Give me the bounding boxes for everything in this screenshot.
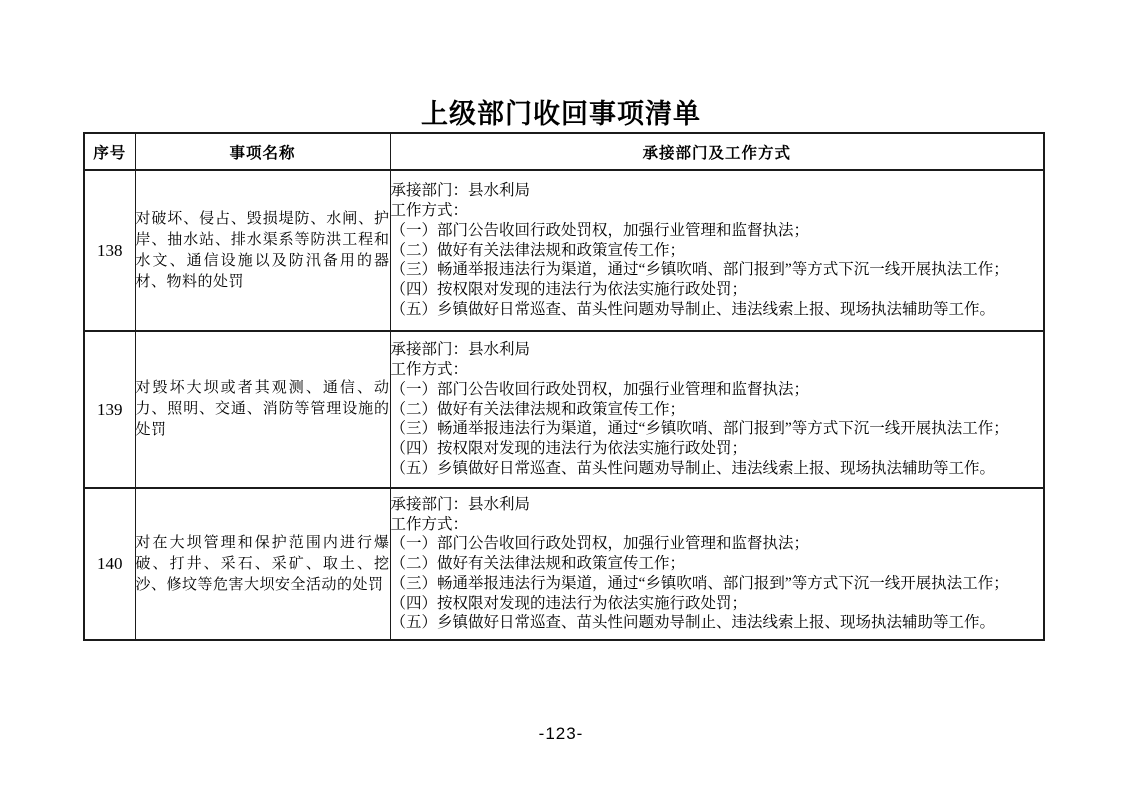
- department-line: 承接部门：县水利局: [391, 495, 1044, 515]
- method-line-2: （二）做好有关法律法规和政策宣传工作；: [391, 554, 1044, 574]
- method-line-3: （三）畅通举报违法行为渠道，通过“乡镇吹哨、部门报到”等方式下沉一线开展执法工作…: [391, 419, 1044, 439]
- method-line-5: （五）乡镇做好日常巡查、苗头性问题劝导制止、违法线索上报、现场执法辅助等工作。: [391, 459, 1044, 479]
- method-line-4: （四）按权限对发现的违法行为依法实施行政处罚；: [391, 439, 1044, 459]
- row-department-method: 承接部门：县水利局 工作方式： （一）部门公告收回行政处罚权，加强行业管理和监督…: [390, 331, 1044, 488]
- document-page: 上级部门收回事项清单 序号 事项名称 承接部门及工作方式 138 对破坏、侵占、…: [0, 0, 1122, 793]
- items-table: 序号 事项名称 承接部门及工作方式 138 对破坏、侵占、毁损堤防、水闸、护岸、…: [83, 132, 1045, 641]
- page-title: 上级部门收回事项清单: [0, 92, 1122, 131]
- method-line-2: （二）做好有关法律法规和政策宣传工作；: [391, 241, 1044, 261]
- row-item-name: 对在大坝管理和保护范围内进行爆破、打井、采石、采矿、取土、挖沙、修坟等危害大坝安…: [135, 488, 390, 640]
- table-row: 140 对在大坝管理和保护范围内进行爆破、打井、采石、采矿、取土、挖沙、修坟等危…: [84, 488, 1044, 640]
- method-label-line: 工作方式：: [391, 360, 1044, 380]
- method-line-3: （三）畅通举报违法行为渠道，通过“乡镇吹哨、部门报到”等方式下沉一线开展执法工作…: [391, 260, 1044, 280]
- row-department-method: 承接部门：县水利局 工作方式： （一）部门公告收回行政处罚权，加强行业管理和监督…: [390, 488, 1044, 640]
- row-seq-number: 138: [84, 170, 135, 331]
- row-item-name: 对毁坏大坝或者其观测、通信、动力、照明、交通、消防等管理设施的处罚: [135, 331, 390, 488]
- method-label-line: 工作方式：: [391, 515, 1044, 535]
- department-line: 承接部门：县水利局: [391, 181, 1044, 201]
- method-line-3: （三）畅通举报违法行为渠道，通过“乡镇吹哨、部门报到”等方式下沉一线开展执法工作…: [391, 574, 1044, 594]
- method-line-1: （一）部门公告收回行政处罚权，加强行业管理和监督执法；: [391, 221, 1044, 241]
- method-line-5: （五）乡镇做好日常巡查、苗头性问题劝导制止、违法线索上报、现场执法辅助等工作。: [391, 300, 1044, 320]
- method-line-4: （四）按权限对发现的违法行为依法实施行政处罚；: [391, 594, 1044, 614]
- method-label-line: 工作方式：: [391, 201, 1044, 221]
- method-line-5: （五）乡镇做好日常巡查、苗头性问题劝导制止、违法线索上报、现场执法辅助等工作。: [391, 613, 1044, 633]
- department-line: 承接部门：县水利局: [391, 340, 1044, 360]
- row-item-name: 对破坏、侵占、毁损堤防、水闸、护岸、抽水站、排水渠系等防洪工程和水文、通信设施以…: [135, 170, 390, 331]
- table-row: 138 对破坏、侵占、毁损堤防、水闸、护岸、抽水站、排水渠系等防洪工程和水文、通…: [84, 170, 1044, 331]
- header-seq: 序号: [84, 133, 135, 170]
- row-seq-number: 139: [84, 331, 135, 488]
- page-number: -123-: [0, 724, 1122, 744]
- method-line-2: （二）做好有关法律法规和政策宣传工作；: [391, 400, 1044, 420]
- method-line-1: （一）部门公告收回行政处罚权，加强行业管理和监督执法；: [391, 380, 1044, 400]
- table-row: 139 对毁坏大坝或者其观测、通信、动力、照明、交通、消防等管理设施的处罚 承接…: [84, 331, 1044, 488]
- header-item-name: 事项名称: [135, 133, 390, 170]
- row-seq-number: 140: [84, 488, 135, 640]
- method-line-1: （一）部门公告收回行政处罚权，加强行业管理和监督执法；: [391, 534, 1044, 554]
- method-line-4: （四）按权限对发现的违法行为依法实施行政处罚；: [391, 280, 1044, 300]
- table-header-row: 序号 事项名称 承接部门及工作方式: [84, 133, 1044, 170]
- row-department-method: 承接部门：县水利局 工作方式： （一）部门公告收回行政处罚权，加强行业管理和监督…: [390, 170, 1044, 331]
- header-department-method: 承接部门及工作方式: [390, 133, 1044, 170]
